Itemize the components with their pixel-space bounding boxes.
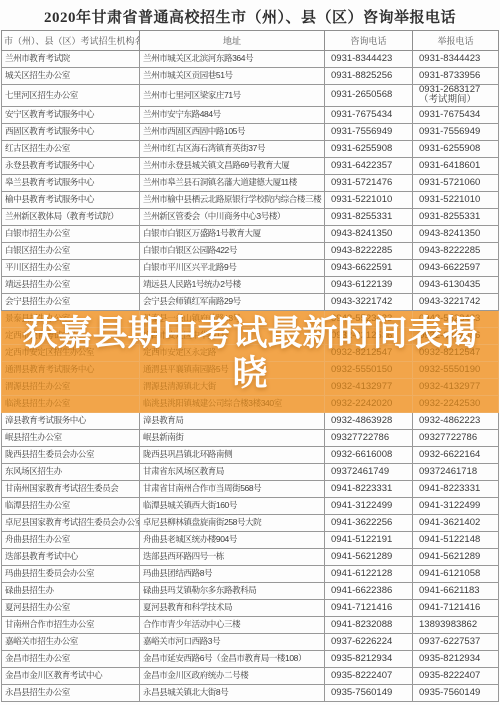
cell-name: 白银市招生办公室 bbox=[2, 225, 140, 242]
cell-phone: 0932-8212536 bbox=[325, 327, 413, 344]
table-row: 甘南州国家教育考试招生委员会甘肃省甘南州合作市当周街568号0941-82233… bbox=[2, 480, 499, 497]
table-row: 平川区招生办公室白银市平川区兴平北路9号0943-66225910943-662… bbox=[2, 259, 499, 276]
cell-phone: 0941-5122191 bbox=[325, 531, 413, 548]
cell-report: 0935-8222407 bbox=[413, 667, 499, 684]
cell-address: 兰州新区管委会（中川商务中心3号楼） bbox=[140, 208, 325, 225]
table-row: 金昌市金川区教育考试中心金昌市金川区政府统办二号楼0935-8222407093… bbox=[2, 667, 499, 684]
cell-name: 安宁区教育考试服务中心 bbox=[2, 106, 140, 123]
cell-report: 0931-5721060 bbox=[413, 174, 499, 191]
cell-report: 0931-5221010 bbox=[413, 191, 499, 208]
cell-name: 七里河区招生办公室 bbox=[2, 85, 140, 107]
cell-address: 兰州市安宁东路484号 bbox=[140, 106, 325, 123]
cell-phone: 0937-6226224 bbox=[325, 633, 413, 650]
cell-phone: 0931-7675434 bbox=[325, 106, 413, 123]
cell-report: 0932-4132977 bbox=[413, 378, 499, 395]
cell-phone: 0941-3622256 bbox=[325, 514, 413, 531]
cell-address: 白银市白银区万盛路1号教育大厦 bbox=[140, 225, 325, 242]
cell-name: 景泰县招生办公室 bbox=[2, 310, 140, 327]
cell-report: 0932-5550190 bbox=[413, 361, 499, 378]
cell-report: 0943-6622597 bbox=[413, 259, 499, 276]
cell-phone: 0932-8212547 bbox=[325, 344, 413, 361]
cell-address: 永昌县城关镇北大街8号 bbox=[140, 684, 325, 701]
cell-phone: 0943-8241350 bbox=[325, 225, 413, 242]
cell-phone: 0931-7556949 bbox=[325, 123, 413, 140]
cell-phone: 0943-5523433 bbox=[325, 310, 413, 327]
cell-report: 0941-8223331 bbox=[413, 480, 499, 497]
cell-phone: 0941-7121416 bbox=[325, 599, 413, 616]
cell-address: 定西市安定区永定路 bbox=[140, 344, 325, 361]
cell-report: 09372461718 bbox=[413, 463, 499, 480]
table-body: 兰州市教育考试院兰州市城关区北滨河东路364号0931-83444230931-… bbox=[2, 51, 499, 702]
cell-phone: 0931-5221010 bbox=[325, 191, 413, 208]
cell-phone: 0932-4132977 bbox=[325, 378, 413, 395]
contact-table: 市（州）、县（区）考试招生机构名称 地址 咨询电话 举报电话 兰州市教育考试院兰… bbox=[1, 30, 499, 702]
cell-phone: 0932-2242020 bbox=[325, 395, 413, 412]
cell-name: 皋兰县教育考试服务中心 bbox=[2, 174, 140, 191]
table-row: 嘉峪关市招生办公室嘉峪关市河口西路3号0937-62262240937-6227… bbox=[2, 633, 499, 650]
cell-report: 0931-8255331 bbox=[413, 208, 499, 225]
cell-name: 兰州新区教体局（教育考试院） bbox=[2, 208, 140, 225]
cell-name: 舟曲县招生办公室 bbox=[2, 531, 140, 548]
cell-name: 甘南州国家教育考试招生委员会 bbox=[2, 480, 140, 497]
cell-address: 金昌市延安西路6号（金昌市教育局一楼108） bbox=[140, 650, 325, 667]
cell-address: 通渭县平襄镇南园路5号 bbox=[140, 361, 325, 378]
cell-name: 岷县招生办公室 bbox=[2, 429, 140, 446]
cell-phone: 09327722786 bbox=[325, 429, 413, 446]
table-row: 白银市招生办公室白银市白银区万盛路1号教育大厦0943-82413500943-… bbox=[2, 225, 499, 242]
cell-address: 兰州市城关区贡园巷51号 bbox=[140, 68, 325, 85]
table-row: 兰州市教育考试院兰州市城关区北滨河东路364号0931-83444230931-… bbox=[2, 51, 499, 68]
cell-address: 岷县新南街 bbox=[140, 429, 325, 446]
cell-phone: 0941-5621289 bbox=[325, 548, 413, 565]
cell-name: 临洮县招生办公室 bbox=[2, 395, 140, 412]
cell-phone: 0931-8344423 bbox=[325, 51, 413, 68]
cell-name: 平川区招生办公室 bbox=[2, 259, 140, 276]
cell-name: 永昌县招生办公室 bbox=[2, 684, 140, 701]
cell-name: 永登县教育考试服务中心 bbox=[2, 157, 140, 174]
cell-phone: 0941-6622386 bbox=[325, 582, 413, 599]
table-row: 甘南州合作市招生办公室合作市青少年活动中心三楼0941-823208813893… bbox=[2, 616, 499, 633]
table-row: 榆中县教育考试服务中心兰州市榆中县栖云北路原银行学校院内综合楼三楼0931-52… bbox=[2, 191, 499, 208]
table-row: 安宁区教育考试服务中心兰州市安宁东路484号0931-76754340931-7… bbox=[2, 106, 499, 123]
cell-name: 漳县教育考试服务中心 bbox=[2, 412, 140, 429]
cell-report: 0943-6130435 bbox=[413, 276, 499, 293]
cell-address: 会宁县会师镇红军南路29号 bbox=[140, 293, 325, 310]
cell-address: 兰州市皋兰县石洞镇名藩大道建德大厦11楼 bbox=[140, 174, 325, 191]
cell-phone: 0931-2650568 bbox=[325, 85, 413, 107]
cell-name: 靖远县招生办公室 bbox=[2, 276, 140, 293]
page-title: 2020年甘肃省普通高校招生市（州）、县（区）咨询举报电话 bbox=[0, 0, 500, 30]
cell-address: 景泰县一条山镇府前路18号 bbox=[140, 310, 325, 327]
table-row: 玛曲县招生委员会办公室玛曲县团结西路8号0941-61221280941-612… bbox=[2, 565, 499, 582]
cell-report: 0935-8212934 bbox=[413, 650, 499, 667]
cell-address: 兰州市西固区西固中路105号 bbox=[140, 123, 325, 140]
table-row: 靖远县招生办公室靖远县人民路1号统办2号楼0943-61221390943-61… bbox=[2, 276, 499, 293]
table-row: 通渭县教育考试服务中心通渭县平襄镇南园路5号0932-55501500932-5… bbox=[2, 361, 499, 378]
table-row: 永登县教育考试服务中心兰州市永登县城关镇文昌路69号教育大厦0931-64223… bbox=[2, 157, 499, 174]
table-row: 白银区招生办公室白银市白银区公园路422号0943-82222850943-82… bbox=[2, 242, 499, 259]
cell-name: 定西市安定区招生办公室 bbox=[2, 344, 140, 361]
cell-name: 渭源县招生办公室 bbox=[2, 378, 140, 395]
cell-report: 0943-8241350 bbox=[413, 225, 499, 242]
cell-address: 兰州市榆中县栖云北路原银行学校院内综合楼三楼 bbox=[140, 191, 325, 208]
cell-address: 甘肃省东风场区教育局 bbox=[140, 463, 325, 480]
table-row: 舟曲县招生办公室舟曲县老城区统办楼904号0941-51221910941-51… bbox=[2, 531, 499, 548]
table-row: 定西市教育考试中心定西市安定区中华路1号0932-82125360932-821… bbox=[2, 327, 499, 344]
cell-report: 0931-8733956 bbox=[413, 68, 499, 85]
cell-address: 夏河县教育和科学技术局 bbox=[140, 599, 325, 616]
cell-address: 合作市青少年活动中心三楼 bbox=[140, 616, 325, 633]
cell-report: 09327722786 bbox=[413, 429, 499, 446]
cell-report: 0931-6255908 bbox=[413, 140, 499, 157]
cell-phone: 0932-4863928 bbox=[325, 412, 413, 429]
cell-report: 0937-6227537 bbox=[413, 633, 499, 650]
table-row: 定西市安定区招生办公室定西市安定区永定路0932-82125470932-821… bbox=[2, 344, 499, 361]
cell-phone: 0941-8232088 bbox=[325, 616, 413, 633]
cell-name: 通渭县教育考试服务中心 bbox=[2, 361, 140, 378]
header-address: 地址 bbox=[140, 31, 325, 51]
cell-report: 0941-3621402 bbox=[413, 514, 499, 531]
table-row: 东风场区招生办甘肃省东风场区教育局0937246174909372461718 bbox=[2, 463, 499, 480]
cell-name: 金昌市招生办公室 bbox=[2, 650, 140, 667]
cell-report: 0935-7560149 bbox=[413, 684, 499, 701]
table-row: 临潭县招生办公室临潭县城关镇西大街160号0941-31224990941-31… bbox=[2, 497, 499, 514]
cell-name: 会宁县招生办公室 bbox=[2, 293, 140, 310]
cell-address: 白银市平川区兴平北路9号 bbox=[140, 259, 325, 276]
cell-address: 卓尼县柳林镇盘旋南街258号大院 bbox=[140, 514, 325, 531]
cell-phone: 0932-6616008 bbox=[325, 446, 413, 463]
cell-report: 0932-4862223 bbox=[413, 412, 499, 429]
cell-report: 0932-8212547 bbox=[413, 344, 499, 361]
cell-name: 东风场区招生办 bbox=[2, 463, 140, 480]
cell-report: 0931-8344423 bbox=[413, 51, 499, 68]
cell-phone: 0943-8222285 bbox=[325, 242, 413, 259]
table-row: 兰州新区教体局（教育考试院）兰州新区管委会（中川商务中心3号楼）0931-825… bbox=[2, 208, 499, 225]
cell-report: 0931-6418601 bbox=[413, 157, 499, 174]
cell-phone: 0935-8222407 bbox=[325, 667, 413, 684]
cell-report: 0943-8222285 bbox=[413, 242, 499, 259]
cell-name: 卓尼县国家教育考试招生委员会办公室 bbox=[2, 514, 140, 531]
cell-address: 碌曲县玛艾镇勒尔多东路教科局 bbox=[140, 582, 325, 599]
header-org-name: 市（州）、县（区）考试招生机构名称 bbox=[2, 31, 140, 51]
cell-report: 0941-6621183 bbox=[413, 582, 499, 599]
cell-address: 玛曲县团结西路8号 bbox=[140, 565, 325, 582]
cell-name: 定西市教育考试中心 bbox=[2, 327, 140, 344]
cell-report: 0931-7675434 bbox=[413, 106, 499, 123]
cell-name: 陇西县招生委员会办公室 bbox=[2, 446, 140, 463]
table-row: 卓尼县国家教育考试招生委员会办公室卓尼县柳林镇盘旋南街258号大院0941-36… bbox=[2, 514, 499, 531]
cell-name: 西固区教育考试服务中心 bbox=[2, 123, 140, 140]
cell-phone: 09372461749 bbox=[325, 463, 413, 480]
cell-address: 迭部县西环路四号一栋 bbox=[140, 548, 325, 565]
cell-phone: 0932-5550150 bbox=[325, 361, 413, 378]
cell-address: 临潭县城关镇西大街160号 bbox=[140, 497, 325, 514]
table-row: 夏河县招生办公室夏河县教育和科学技术局0941-71214160941-7121… bbox=[2, 599, 499, 616]
table-row: 渭源县招生办公室渭源县清源镇北大街0932-41329770932-413297… bbox=[2, 378, 499, 395]
cell-name: 夏河县招生办公室 bbox=[2, 599, 140, 616]
table-row: 永昌县招生办公室永昌县城关镇北大街8号0935-75601490935-7560… bbox=[2, 684, 499, 701]
cell-report: 0931-2683127（考试期间） bbox=[413, 85, 499, 107]
cell-address: 金昌市金川区政府统办二号楼 bbox=[140, 667, 325, 684]
cell-report: 0932-2242530 bbox=[413, 395, 499, 412]
cell-name: 城关区招生办公室 bbox=[2, 68, 140, 85]
cell-phone: 0943-6622591 bbox=[325, 259, 413, 276]
table-row: 城关区招生办公室兰州市城关区贡园巷51号0931-88252560931-873… bbox=[2, 68, 499, 85]
cell-name: 榆中县教育考试服务中心 bbox=[2, 191, 140, 208]
cell-report: 0941-5122148 bbox=[413, 531, 499, 548]
cell-phone: 0943-6122139 bbox=[325, 276, 413, 293]
cell-phone: 0941-6122128 bbox=[325, 565, 413, 582]
table-row: 红古区招生办公室兰州市红古区海石湾镇育英街37号0931-62559080931… bbox=[2, 140, 499, 157]
cell-phone: 0931-8825256 bbox=[325, 68, 413, 85]
cell-name: 迭部县教育考试中心 bbox=[2, 548, 140, 565]
cell-phone: 0931-6255908 bbox=[325, 140, 413, 157]
cell-address: 靖远县人民路1号统办2号楼 bbox=[140, 276, 325, 293]
cell-name: 红古区招生办公室 bbox=[2, 140, 140, 157]
cell-name: 兰州市教育考试院 bbox=[2, 51, 140, 68]
header-report-phone: 举报电话 bbox=[413, 31, 499, 51]
header-inquiry-phone: 咨询电话 bbox=[325, 31, 413, 51]
cell-phone: 0941-8223331 bbox=[325, 480, 413, 497]
cell-phone: 0935-8212934 bbox=[325, 650, 413, 667]
cell-report: 13893983862 bbox=[413, 616, 499, 633]
cell-report: 0931-7556949 bbox=[413, 123, 499, 140]
table-row: 皋兰县教育考试服务中心兰州市皋兰县石洞镇名藩大道建德大厦11楼0931-5721… bbox=[2, 174, 499, 191]
cell-name: 临潭县招生办公室 bbox=[2, 497, 140, 514]
cell-address: 渭源县清源镇北大街 bbox=[140, 378, 325, 395]
table-row: 七里河区招生办公室兰州市七里河区梁家庄71号0931-26505680931-2… bbox=[2, 85, 499, 107]
table-row: 会宁县招生办公室会宁县会师镇红军南路29号0943-32217420943-32… bbox=[2, 293, 499, 310]
cell-name: 嘉峪关市招生办公室 bbox=[2, 633, 140, 650]
cell-phone: 0931-5721476 bbox=[325, 174, 413, 191]
table-row: 碌曲县招生办碌曲县玛艾镇勒尔多东路教科局0941-66223860941-662… bbox=[2, 582, 499, 599]
cell-phone: 0941-3122499 bbox=[325, 497, 413, 514]
cell-address: 陇西县巩昌镇北环路南侧 bbox=[140, 446, 325, 463]
cell-report: 0932-8212536 bbox=[413, 327, 499, 344]
cell-report: 0941-3122499 bbox=[413, 497, 499, 514]
table-row: 临洮县招生办公室临洮县洮阳镇城建公司综合楼3楼340室0932-22420200… bbox=[2, 395, 499, 412]
cell-report: 0943-3221742 bbox=[413, 293, 499, 310]
cell-address: 兰州市永登县城关镇文昌路69号教育大厦 bbox=[140, 157, 325, 174]
cell-address: 舟曲县老城区统办楼904号 bbox=[140, 531, 325, 548]
cell-report: 0941-6121058 bbox=[413, 565, 499, 582]
cell-name: 甘南州合作市招生办公室 bbox=[2, 616, 140, 633]
cell-phone: 0935-7560149 bbox=[325, 684, 413, 701]
cell-name: 玛曲县招生委员会办公室 bbox=[2, 565, 140, 582]
cell-report: 0932-6622164 bbox=[413, 446, 499, 463]
cell-name: 碌曲县招生办 bbox=[2, 582, 140, 599]
cell-address: 兰州市七里河区梁家庄71号 bbox=[140, 85, 325, 107]
table-row: 漳县教育考试服务中心漳县教育局0932-48639280932-4862223 bbox=[2, 412, 499, 429]
cell-address: 白银市白银区公园路422号 bbox=[140, 242, 325, 259]
table-row: 迭部县教育考试中心迭部县西环路四号一栋0941-56212890941-5621… bbox=[2, 548, 499, 565]
table-row: 景泰县招生办公室景泰县一条山镇府前路18号0943-55234330943-55… bbox=[2, 310, 499, 327]
notice-page: { "title": "2020年甘肃省普通高校招生市（州）、县（区）咨询举报电… bbox=[0, 0, 500, 705]
table-header-row: 市（州）、县（区）考试招生机构名称 地址 咨询电话 举报电话 bbox=[2, 31, 499, 51]
cell-name: 金昌市金川区教育考试中心 bbox=[2, 667, 140, 684]
cell-report: 0941-5621289 bbox=[413, 548, 499, 565]
cell-report: 0941-7121416 bbox=[413, 599, 499, 616]
cell-phone: 0931-8255331 bbox=[325, 208, 413, 225]
table-row: 金昌市招生办公室金昌市延安西路6号（金昌市教育局一楼108）0935-82129… bbox=[2, 650, 499, 667]
cell-address: 漳县教育局 bbox=[140, 412, 325, 429]
cell-address: 定西市安定区中华路1号 bbox=[140, 327, 325, 344]
cell-name: 白银区招生办公室 bbox=[2, 242, 140, 259]
cell-report: 0943-5523433 bbox=[413, 310, 499, 327]
cell-address: 临洮县洮阳镇城建公司综合楼3楼340室 bbox=[140, 395, 325, 412]
table-row: 西固区教育考试服务中心兰州市西固区西固中路105号0931-7556949093… bbox=[2, 123, 499, 140]
cell-address: 兰州市城关区北滨河东路364号 bbox=[140, 51, 325, 68]
cell-address: 嘉峪关市河口西路3号 bbox=[140, 633, 325, 650]
cell-address: 甘肃省甘南州合作市当周街568号 bbox=[140, 480, 325, 497]
cell-phone: 0931-6422357 bbox=[325, 157, 413, 174]
table-row: 陇西县招生委员会办公室陇西县巩昌镇北环路南侧0932-66160080932-6… bbox=[2, 446, 499, 463]
cell-phone: 0943-3221742 bbox=[325, 293, 413, 310]
cell-address: 兰州市红古区海石湾镇育英街37号 bbox=[140, 140, 325, 157]
table-row: 岷县招生办公室岷县新南街0932772278609327722786 bbox=[2, 429, 499, 446]
